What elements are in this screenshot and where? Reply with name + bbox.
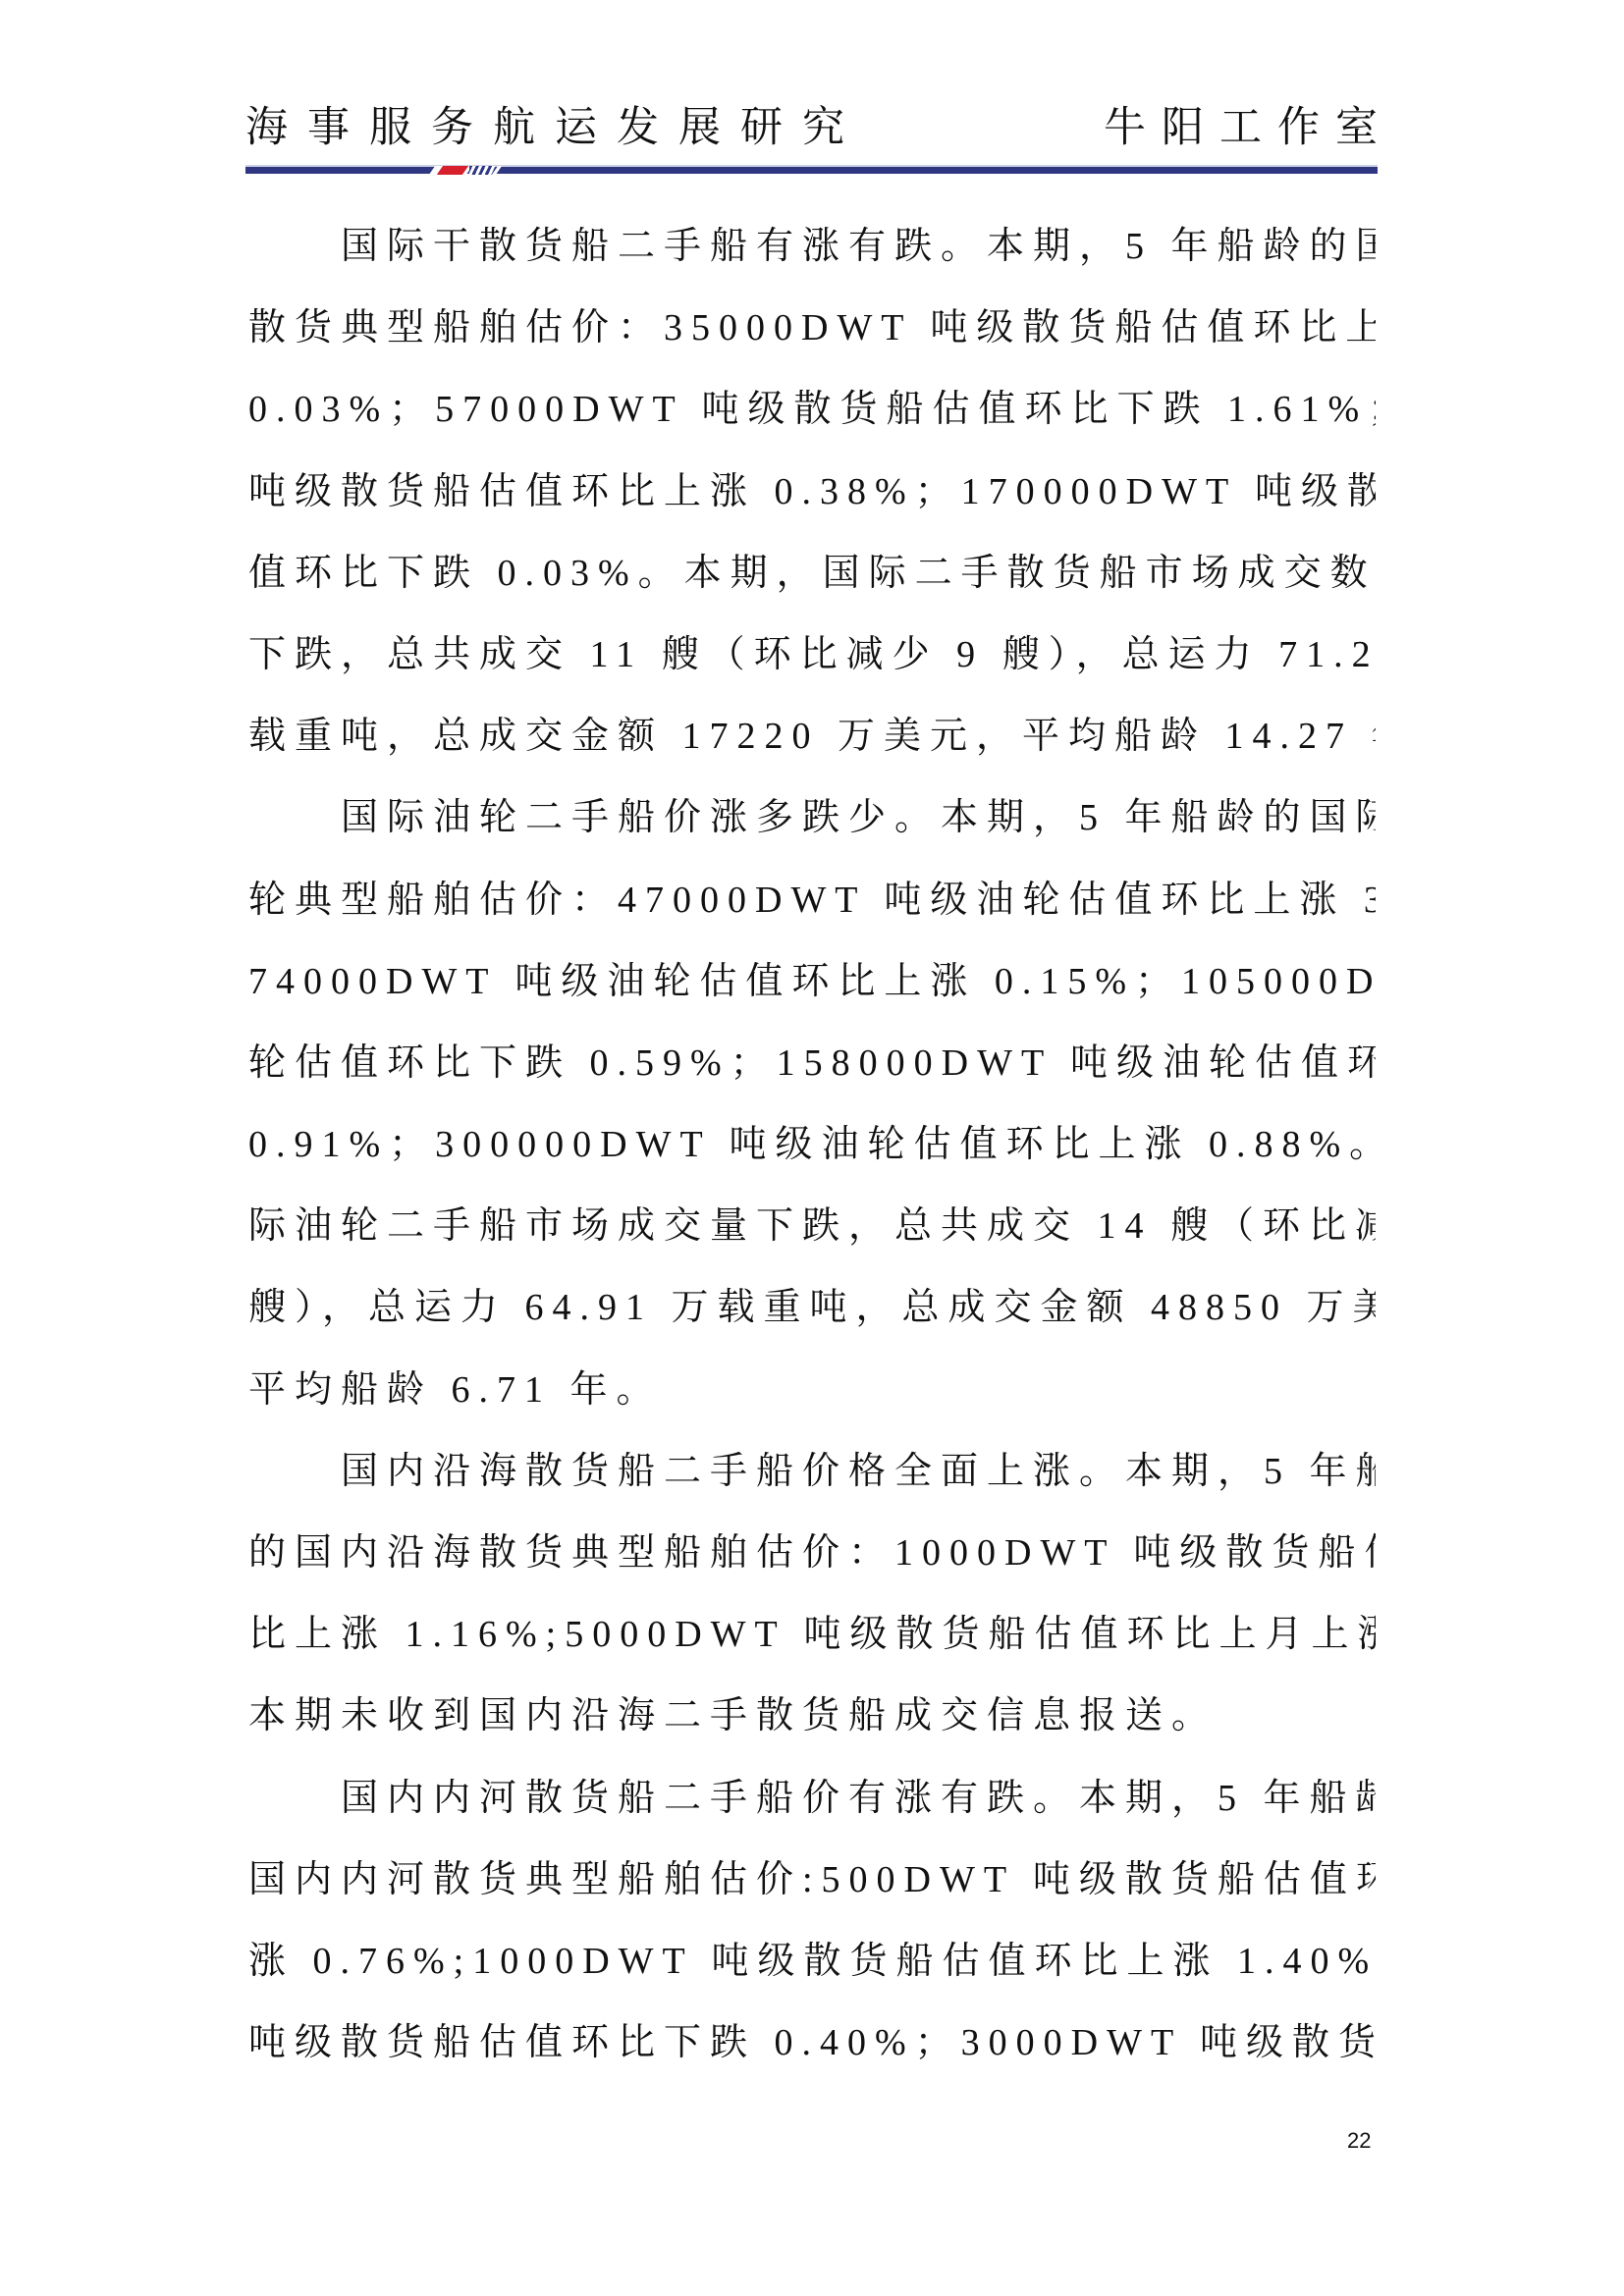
text-line: 比上涨 1.16%;5000DWT 吨级散货船估值环比上月上涨 1.23%。 [248,1594,1376,1676]
text-line: 平均船龄 6.71 年。 [248,1350,1376,1431]
paragraph-intl-dry-bulk: 国际干散货船二手船有涨有跌。本期，5 年船龄的国际 散货典型船舶估价：35000… [248,206,1376,777]
text-line: 国内内河散货典型船舶估价:500DWT 吨级散货船估值环比上 [248,1840,1376,1921]
text-line: 下跌，总共成交 11 艘（环比减少 9 艘），总运力 71.24 万 [248,614,1376,696]
article-body: 国际干散货船二手船有涨有跌。本期，5 年船龄的国际 散货典型船舶估价：35000… [248,206,1376,2084]
text-line: 本期未收到国内沿海二手散货船成交信息报送。 [248,1676,1376,1757]
divider-striped-accent [469,166,495,175]
paragraph-domestic-coastal-bulk: 国内沿海散货船二手船价格全面上涨。本期，5 年船龄 的国内沿海散货典型船舶估价：… [248,1431,1376,1758]
text-line: 国际油轮二手船价涨多跌少。本期，5 年船龄的国际油 [248,777,1376,859]
text-line: 国内沿海散货船二手船价格全面上涨。本期，5 年船龄 [248,1431,1376,1513]
text-line: 值环比下跌 0.03%。本期，国际二手散货船市场成交数环比 [248,533,1376,614]
paragraph-intl-tanker: 国际油轮二手船价涨多跌少。本期，5 年船龄的国际油 轮典型船舶估价：47000D… [248,777,1376,1431]
text-line: 国际干散货船二手船有涨有跌。本期，5 年船龄的国际 [248,206,1376,288]
text-line: 载重吨，总成交金额 17220 万美元，平均船龄 14.27 年。 [248,696,1376,777]
text-line: 散货典型船舶估价：35000DWT 吨级散货船估值环比上涨 [248,288,1376,369]
text-line: 吨级散货船估值环比上涨 0.38%；170000DWT 吨级散货船估 [248,452,1376,533]
text-line: 艘），总运力 64.91 万载重吨，总成交金额 48850 万美元， [248,1267,1376,1349]
text-line: 吨级散货船估值环比下跌 0.40%；3000DWT 吨级散货船估值 [248,2002,1376,2084]
text-line: 轮估值环比下跌 0.59%；158000DWT 吨级油轮估值环比上涨 [248,1023,1376,1104]
divider-navy-bar [245,167,1378,174]
text-line: 0.03%；57000DWT 吨级散货船估值环比下跌 1.61%；75000DW… [248,369,1376,451]
page-number: 22 [1347,2126,1371,2156]
text-line: 的国内沿海散货典型船舶估价：1000DWT 吨级散货船估值环 [248,1513,1376,1594]
text-line: 涨 0.76%;1000DWT 吨级散货船估值环比上涨 1.40%;2000DW… [248,1921,1376,2002]
paragraph-domestic-river-bulk: 国内内河散货船二手船价有涨有跌。本期，5 年船龄的 国内内河散货典型船舶估价:5… [248,1758,1376,2085]
studio-name: 牛阳工作室 [1104,102,1393,153]
page-header: 海事服务航运发展研究 牛阳工作室 [245,98,1378,157]
text-line: 0.91%；300000DWT 吨级油轮估值环比上涨 0.88%。本期，国 [248,1104,1376,1186]
text-line: 轮典型船舶估价：47000DWT 吨级油轮估值环比上涨 3.17%； [248,860,1376,941]
publication-title: 海事服务航运发展研究 [245,102,864,153]
text-line: 74000DWT 吨级油轮估值环比上涨 0.15%；105000DWT 吨级油 [248,941,1376,1023]
text-line: 际油轮二手船市场成交量下跌，总共成交 14 艘（环比减少 4 [248,1186,1376,1267]
text-line: 国内内河散货船二手船价有涨有跌。本期，5 年船龄的 [248,1758,1376,1840]
header-divider [245,165,1378,175]
